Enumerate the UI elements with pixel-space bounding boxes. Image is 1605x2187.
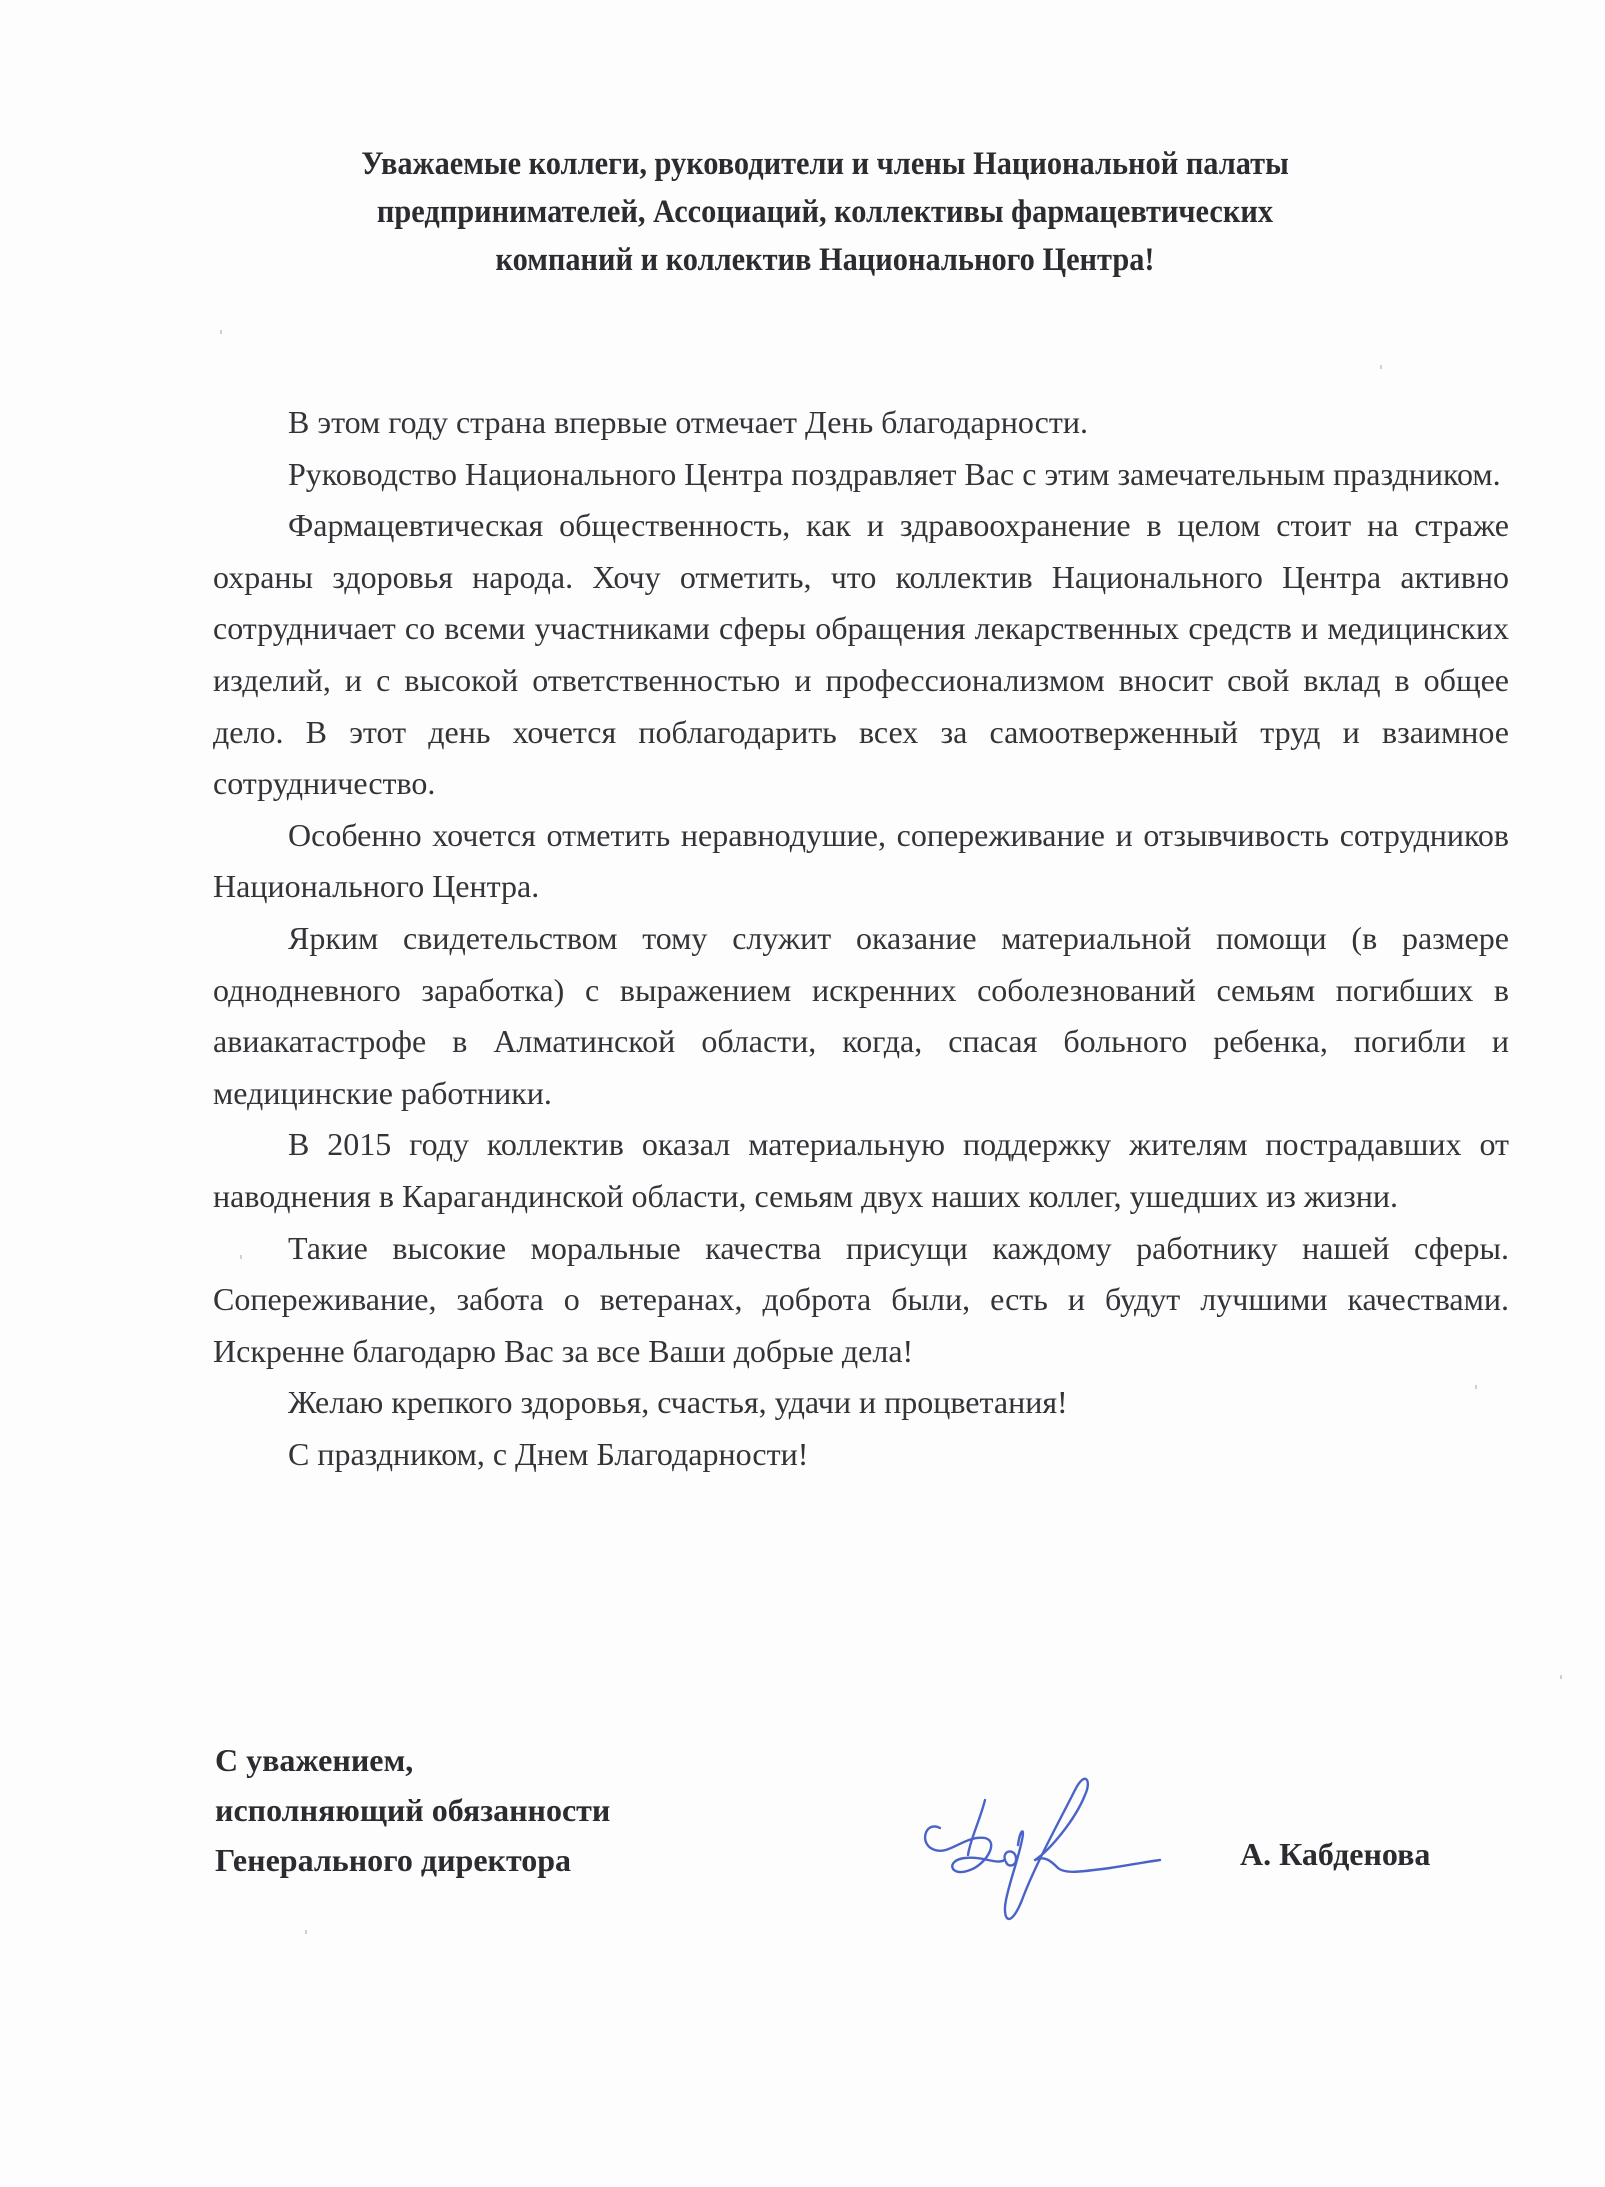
letter-heading: Уважаемые коллеги, руководители и члены … (250, 140, 1400, 284)
scan-speck (1475, 1385, 1477, 1389)
heading-line: Уважаемые коллеги, руководители и члены … (250, 140, 1400, 188)
paragraph: Руководство Национального Центра поздрав… (213, 449, 1509, 501)
paragraph: Такие высокие моральные качества присущи… (213, 1223, 1509, 1378)
heading-line: компаний и коллектив Национального Центр… (250, 236, 1400, 284)
paragraph: Фармацевтическая общественность, как и з… (213, 500, 1509, 810)
scan-speck (1380, 365, 1382, 369)
signer-name: А. Кабденова (1240, 1836, 1430, 1873)
paragraph: В 2015 году коллектив оказал материальну… (213, 1119, 1509, 1222)
paragraph: С праздником, с Днем Благодарности! (213, 1429, 1509, 1481)
heading-line: предпринимателей, Ассоциаций, коллективы… (250, 188, 1400, 236)
closing-block: С уважением, исполняющий обязанности Ген… (215, 1735, 610, 1885)
paragraph: Ярким свидетельством тому служит оказани… (213, 913, 1509, 1119)
scan-speck (305, 1930, 307, 1934)
signature-icon (910, 1750, 1180, 1950)
closing-line: исполняющий обязанности (215, 1785, 610, 1835)
scan-speck (220, 330, 222, 334)
paragraph: Особенно хочется отметить неравнодушие, … (213, 810, 1509, 913)
closing-line: Генерального директора (215, 1835, 610, 1885)
scan-speck (1560, 1675, 1562, 1679)
paragraph: В этом году страна впервые отмечает День… (213, 397, 1509, 449)
paragraph: Желаю крепкого здоровья, счастья, удачи … (213, 1377, 1509, 1429)
closing-line: С уважением, (215, 1735, 610, 1785)
letter-body: В этом году страна впервые отмечает День… (213, 397, 1509, 1480)
scan-speck (240, 1255, 242, 1259)
